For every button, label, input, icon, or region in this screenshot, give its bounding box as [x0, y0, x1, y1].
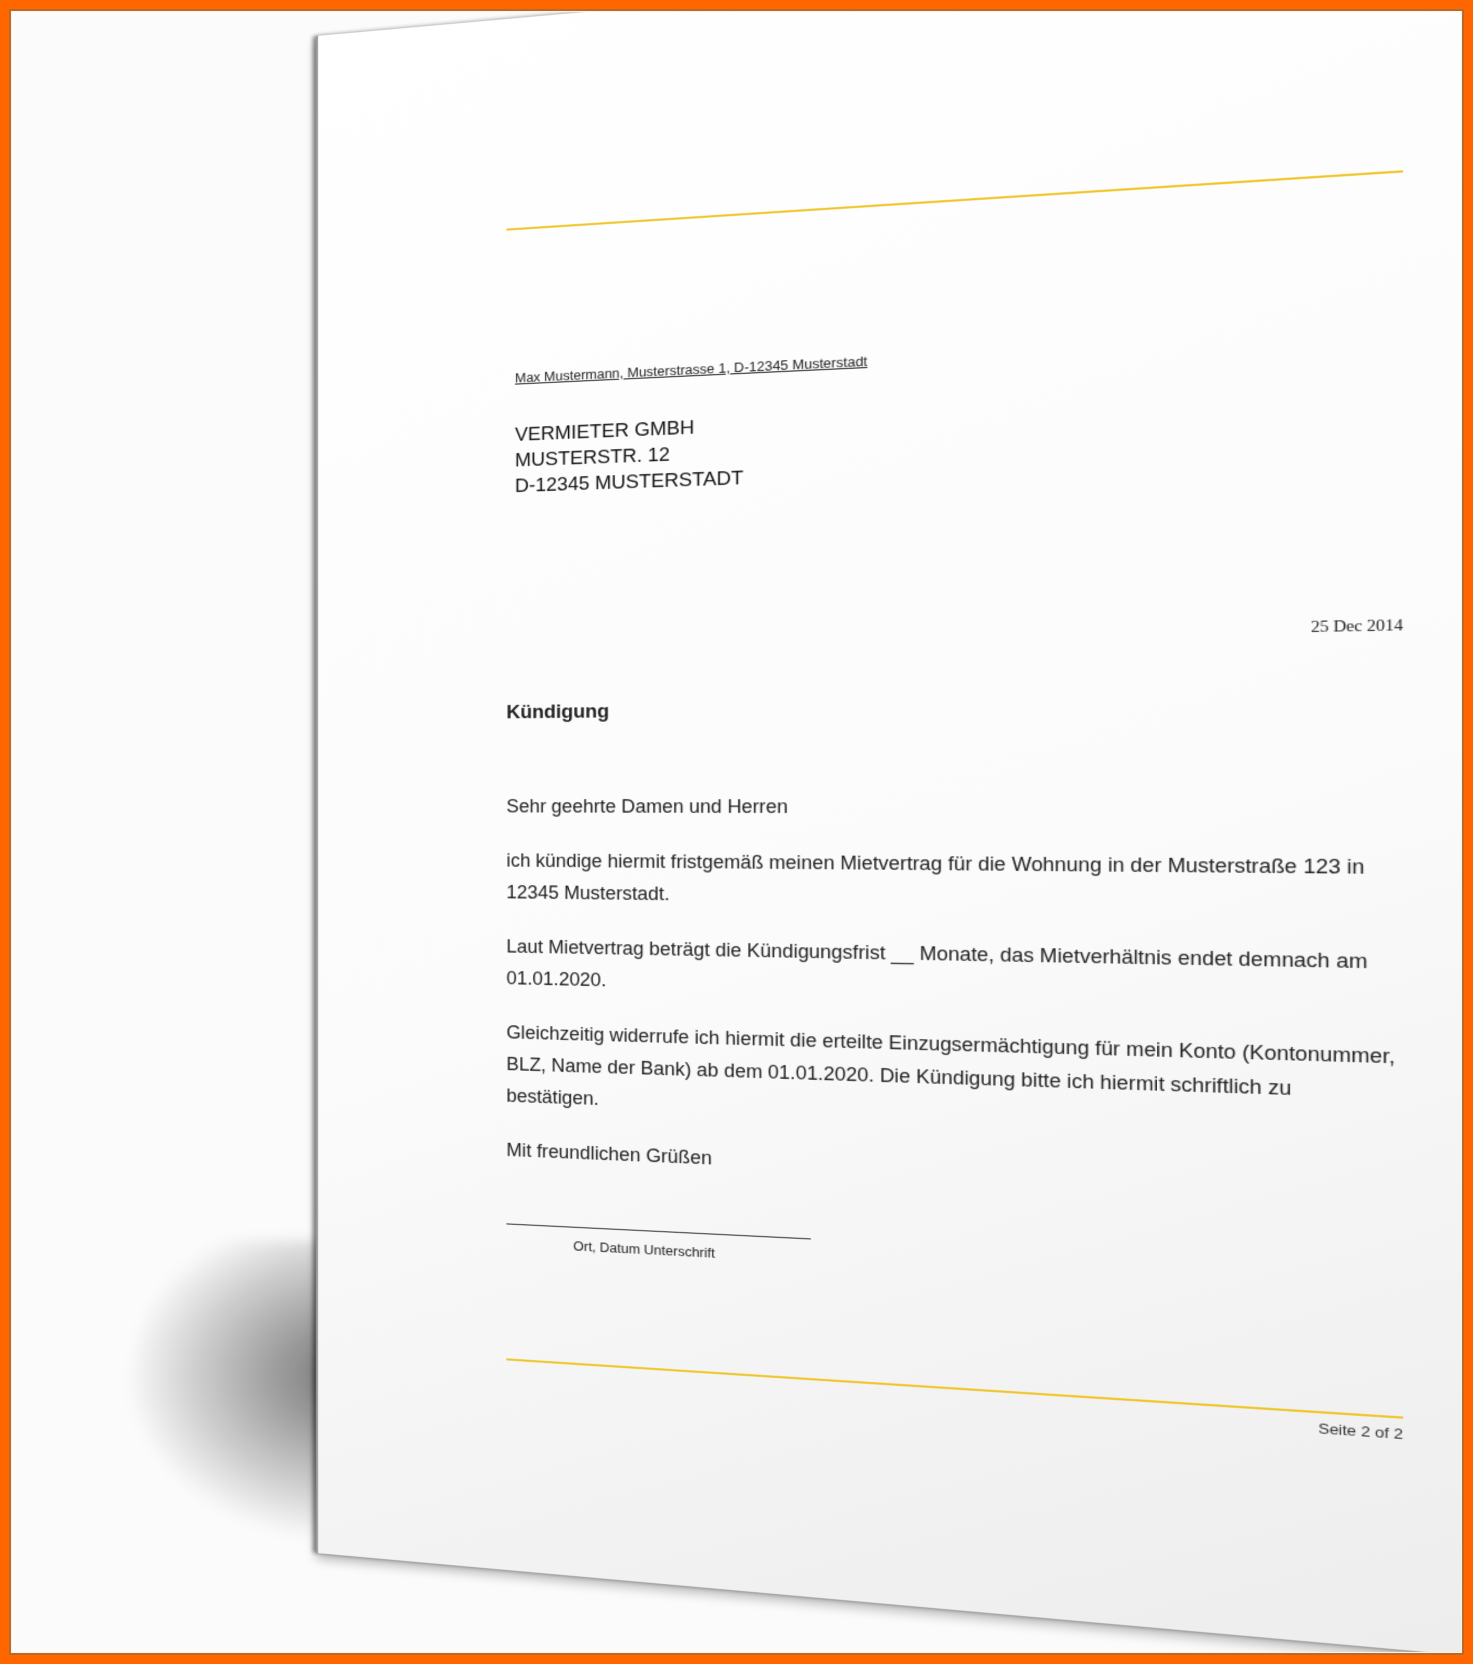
body-paragraph: Gleichzeitig widerrufe ich hiermit die e…	[506, 1017, 1403, 1145]
body-paragraph: Laut Mietvertrag beträgt die Kündigungsf…	[506, 931, 1403, 1015]
closing: Mit freundlichen Grüßen	[506, 1134, 1403, 1204]
recipient-address: VERMIETER GMBH MUSTERSTR. 12 D-12345 MUS…	[515, 413, 743, 500]
letter-subject: Kündigung	[506, 701, 609, 724]
page-number: Seite 2 of 2	[1318, 1420, 1403, 1443]
letter-date: 25 Dec 2014	[1311, 618, 1403, 638]
footer-rule	[506, 1358, 1403, 1418]
document-preview: Max Mustermann, Musterstrasse 1, D-12345…	[316, 36, 1422, 1553]
signature-label: Ort, Datum Unterschrift	[573, 1239, 715, 1261]
sender-address-line: Max Mustermann, Musterstrasse 1, D-12345…	[515, 354, 867, 385]
letter-page: Max Mustermann, Musterstrasse 1, D-12345…	[316, 0, 1473, 1664]
signature-line	[506, 1223, 810, 1239]
letter-content: Max Mustermann, Musterstrasse 1, D-12345…	[506, 0, 1403, 1650]
header-rule	[506, 170, 1403, 230]
body-paragraph: ich kündige hiermit fristgemäß meinen Mi…	[506, 845, 1403, 920]
letter-body: Sehr geehrte Damen und Herren ich kündig…	[506, 791, 1403, 1230]
salutation: Sehr geehrte Damen und Herren	[506, 791, 1403, 826]
